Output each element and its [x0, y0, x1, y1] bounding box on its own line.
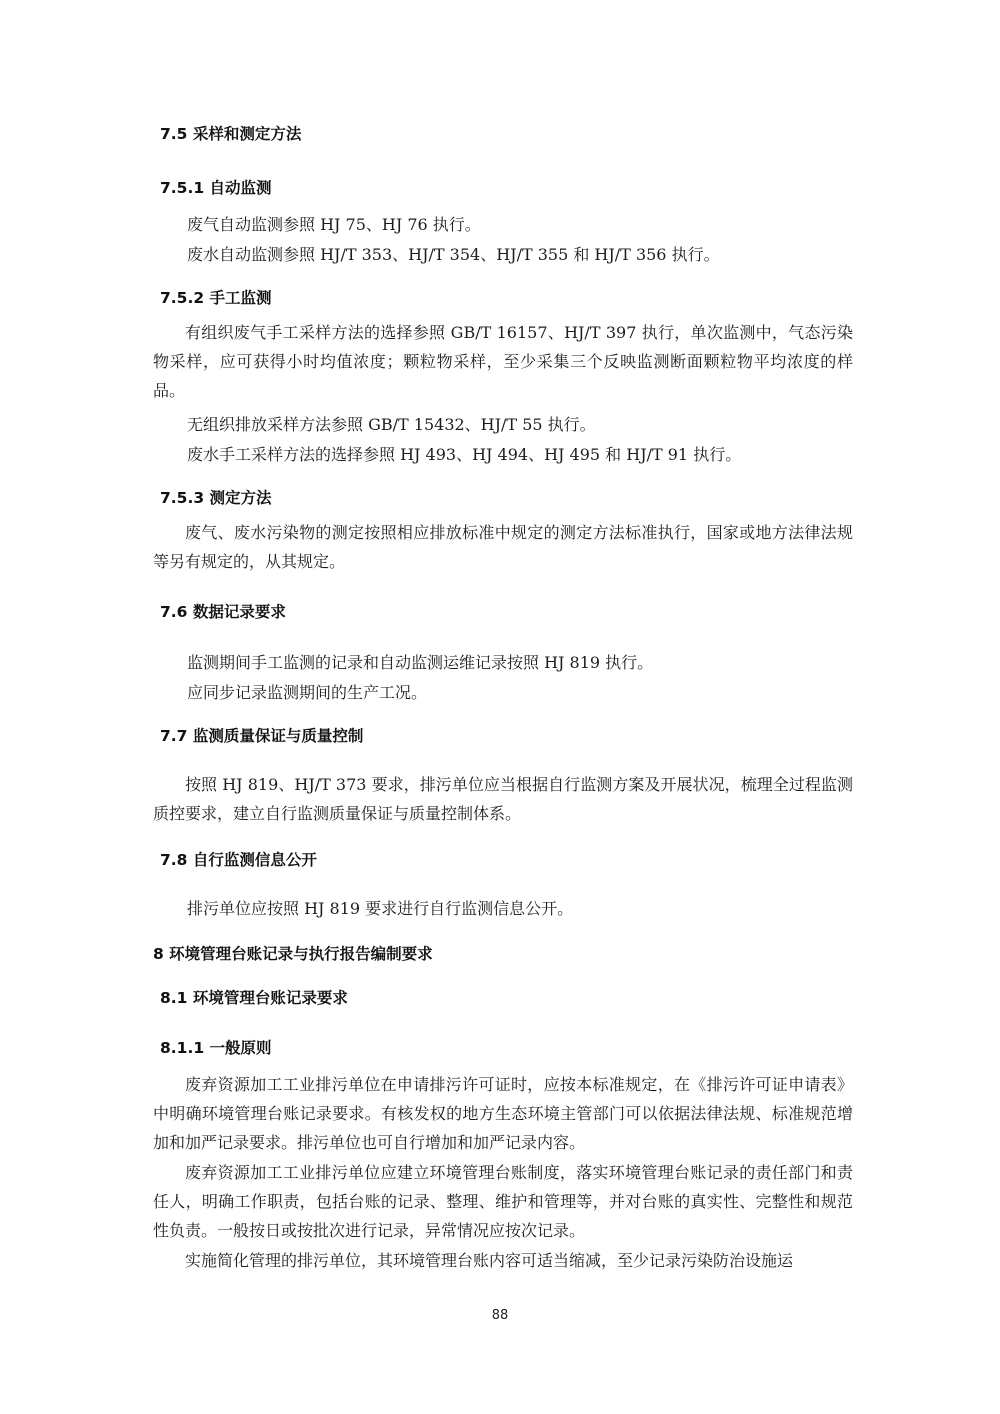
heading-7-7: 7.7 监测质量保证与质量控制 — [160, 724, 363, 746]
heading-7-8: 7.8 自行监测信息公开 — [160, 848, 317, 870]
heading-8: 8 环境管理台账记录与执行报告编制要求 — [153, 942, 433, 964]
page-number: 88 — [0, 1308, 1000, 1323]
paragraph: 废气、废水污染物的测定按照相应排放标准中规定的测定方法标准执行，国家或地方法律法… — [153, 518, 853, 576]
document-page: 7.5 采样和测定方法 7.5.1 自动监测 废气自动监测参照 HJ 75、HJ… — [0, 0, 1000, 1414]
heading-8-1-1: 8.1.1 一般原则 — [160, 1036, 272, 1058]
text-line: 废水自动监测参照 HJ/T 353、HJ/T 354、HJ/T 355 和 HJ… — [187, 242, 720, 265]
text-line: 监测期间手工监测的记录和自动监测运维记录按照 HJ 819 执行。 — [187, 650, 653, 673]
text-line: 废气自动监测参照 HJ 75、HJ 76 执行。 — [187, 212, 481, 235]
paragraph: 按照 HJ 819、HJ/T 373 要求，排污单位应当根据自行监测方案及开展状… — [153, 770, 853, 828]
text-line: 排污单位应按照 HJ 819 要求进行自行监测信息公开。 — [187, 896, 573, 919]
paragraph: 废弃资源加工工业排污单位应建立环境管理台账制度，落实环境管理台账记录的责任部门和… — [153, 1158, 853, 1245]
heading-7-5-1: 7.5.1 自动监测 — [160, 176, 272, 198]
text-line: 废水手工采样方法的选择参照 HJ 493、HJ 494、HJ 495 和 HJ/… — [187, 442, 741, 465]
heading-7-5-3: 7.5.3 测定方法 — [160, 486, 272, 508]
paragraph: 有组织废气手工采样方法的选择参照 GB/T 16157、HJ/T 397 执行，… — [153, 318, 853, 405]
heading-7-6: 7.6 数据记录要求 — [160, 600, 286, 622]
paragraph: 实施简化管理的排污单位，其环境管理台账内容可适当缩减，至少记录污染防治设施运 — [153, 1246, 853, 1275]
heading-8-1: 8.1 环境管理台账记录要求 — [160, 986, 348, 1008]
heading-7-5-2: 7.5.2 手工监测 — [160, 286, 272, 308]
text-line: 无组织排放采样方法参照 GB/T 15432、HJ/T 55 执行。 — [187, 412, 596, 435]
heading-7-5: 7.5 采样和测定方法 — [160, 122, 301, 144]
paragraph: 废弃资源加工工业排污单位在申请排污许可证时，应按本标准规定，在《排污许可证申请表… — [153, 1070, 853, 1157]
text-line: 应同步记录监测期间的生产工况。 — [187, 680, 427, 703]
